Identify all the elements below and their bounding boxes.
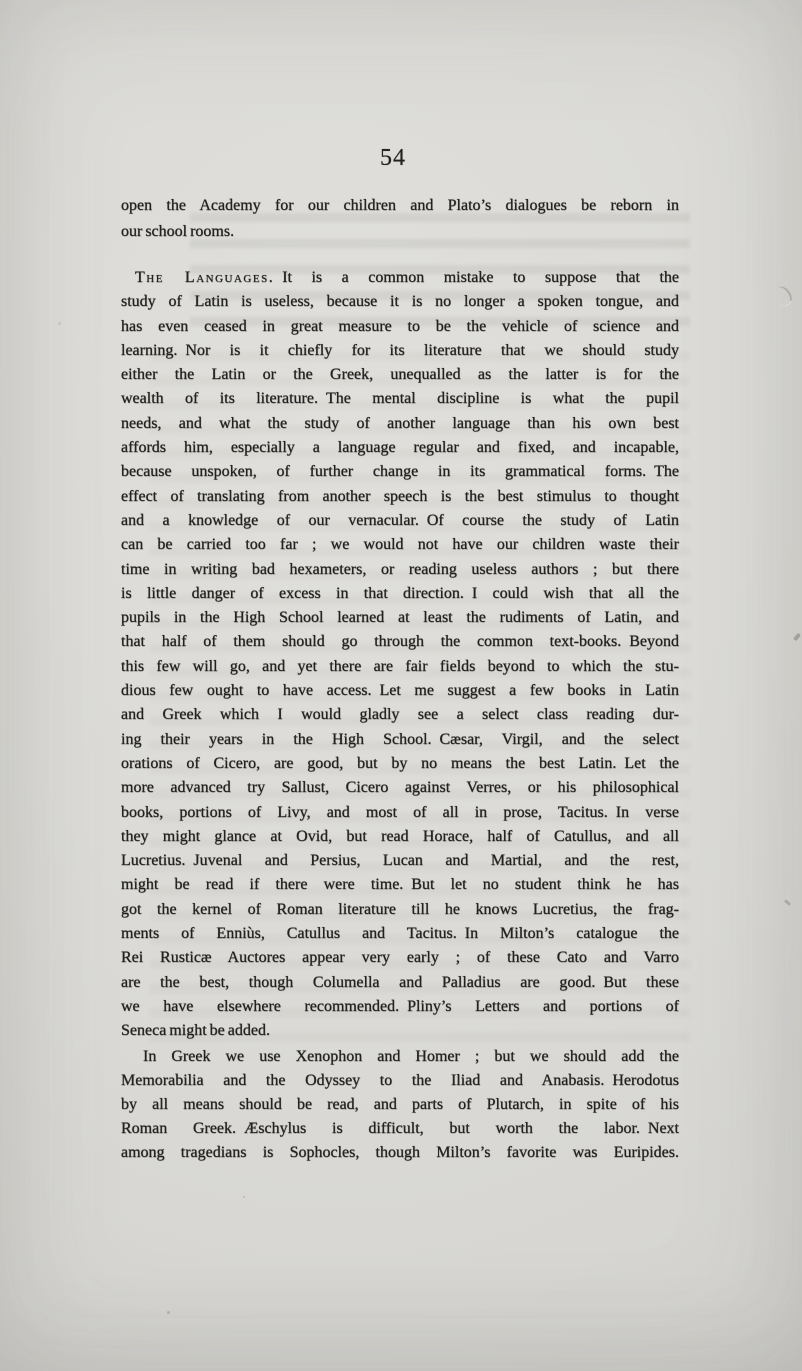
text-line: might be read if there were time. But le… bbox=[121, 873, 679, 897]
text-line: time in writing bad hexameters, or readi… bbox=[121, 558, 679, 582]
text-line: Lucretius. Juvenal and Persius, Lucan an… bbox=[121, 849, 679, 873]
text-line: more advanced try Sallust, Cicero agains… bbox=[121, 776, 679, 800]
text-line: study of Latin is useless, because it is… bbox=[121, 290, 679, 314]
text-line: Memorabilia and the Odyssey to the Iliad… bbox=[121, 1069, 679, 1093]
text-line: among tragedians is Sophocles, though Mi… bbox=[121, 1141, 679, 1165]
text-line: either the Latin or the Greek, unequalle… bbox=[121, 363, 679, 387]
text-line: pupils in the High School learned at lea… bbox=[121, 606, 679, 630]
text-line: that half of them should go through the … bbox=[121, 630, 679, 654]
paper-speck bbox=[784, 899, 791, 906]
text-line: ing their years in the High School. Cæsa… bbox=[121, 728, 679, 752]
paper-crease-mark bbox=[770, 283, 796, 310]
text-line: Rei Rusticæ Auctores appear very early ;… bbox=[121, 946, 679, 970]
text-line: effect of translating from another speec… bbox=[121, 485, 679, 509]
text-line: this few will go, and yet there are fair… bbox=[121, 655, 679, 679]
text-line: The Languages. It is a common mistake to… bbox=[121, 266, 679, 290]
text-line: got the kernel of Roman literature till … bbox=[121, 898, 679, 922]
text-line: affords him, especially a language regul… bbox=[121, 436, 679, 460]
text-block: open the Academy for our children and Pl… bbox=[121, 0, 679, 1371]
text-line: are the best, though Columella and Palla… bbox=[121, 971, 679, 995]
paragraph-the-languages: The Languages. It is a common mistake to… bbox=[121, 266, 679, 1044]
paper-speck bbox=[167, 1311, 170, 1314]
text-line: they might glance at Ovid, but read Hora… bbox=[121, 825, 679, 849]
paragraph-greek-authors: In Greek we use Xenophon and Homer ; but… bbox=[121, 1045, 679, 1165]
text-line: and Greek which I would gladly see a sel… bbox=[121, 703, 679, 727]
text-line: we have elsewhere recommended. Pliny’s L… bbox=[121, 995, 679, 1019]
text-line: wealth of its literature. The mental dis… bbox=[121, 387, 679, 411]
text-line: learning. Nor is it chiefly for its lite… bbox=[121, 339, 679, 363]
text-line: dious few ought to have access. Let me s… bbox=[121, 679, 679, 703]
text-line: and a knowledge of our vernacular. Of co… bbox=[121, 509, 679, 533]
text-line: needs, and what the study of another lan… bbox=[121, 412, 679, 436]
text-line: In Greek we use Xenophon and Homer ; but… bbox=[121, 1045, 679, 1069]
text-line: ments of Enniùs, Catullus and Tacitus. I… bbox=[121, 922, 679, 946]
section-heading: The Languages. bbox=[135, 269, 274, 286]
text-line: has even ceased in great measure to be t… bbox=[121, 315, 679, 339]
text-line: can be carried too far ; we would not ha… bbox=[121, 533, 679, 557]
text-line: books, portions of Livy, and most of all… bbox=[121, 801, 679, 825]
text-line: open the Academy for our children and Pl… bbox=[121, 193, 679, 219]
text-line: Roman Greek. Æschylus is difficult, but … bbox=[121, 1117, 679, 1141]
paper-speck bbox=[243, 1196, 245, 1198]
paragraph-continuation: open the Academy for our children and Pl… bbox=[121, 193, 679, 245]
text-line: by all means should be read, and parts o… bbox=[121, 1093, 679, 1117]
text-line: orations of Cicero, are good, but by no … bbox=[121, 752, 679, 776]
text-line: our school rooms. bbox=[121, 219, 679, 245]
text-line: Seneca might be added. bbox=[121, 1019, 679, 1043]
paper-speck bbox=[58, 322, 61, 325]
book-page: 54 open the Academy for our children and… bbox=[0, 0, 802, 1371]
text-line: is little danger of excess in that direc… bbox=[121, 582, 679, 606]
paper-speck bbox=[793, 633, 801, 642]
text-line: because unspoken, of further change in i… bbox=[121, 460, 679, 484]
